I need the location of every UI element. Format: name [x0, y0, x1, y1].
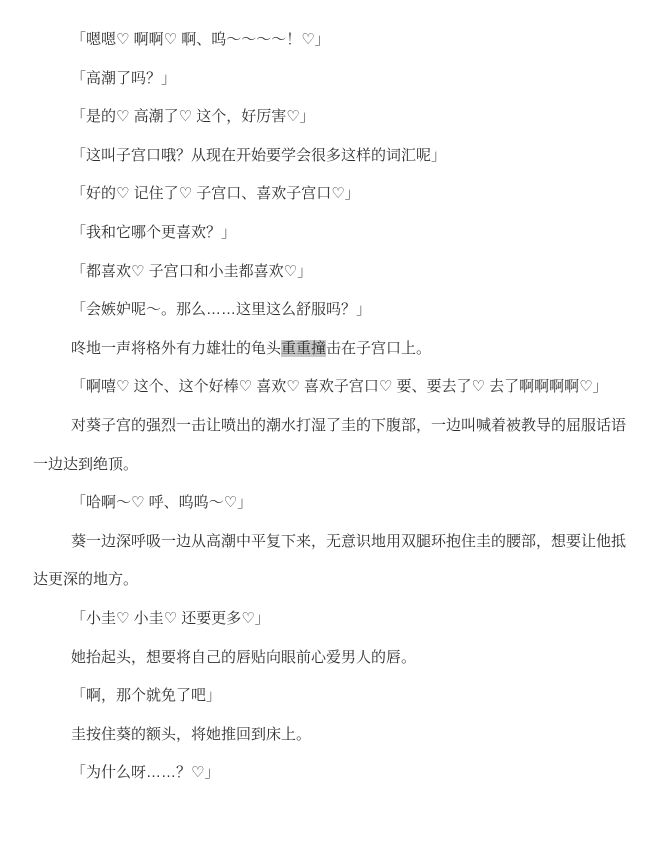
paragraph-18: 「为什么呀……？♡」	[33, 754, 635, 793]
paragraph-9: 咚地一声将格外有力雄壮的龟头重重撞击在子宫口上。	[33, 330, 635, 369]
paragraph-10: 「啊嘻♡ 这个、这个好棒♡ 喜欢♡ 喜欢子宫口♡ 要、要去了♡ 去了啊啊啊啊♡」	[33, 368, 635, 407]
reader-page: 「嗯嗯♡ 啊啊♡ 啊、呜～～～～！♡」「高潮了吗？」「是的♡ 高潮了♡ 这个，好…	[0, 0, 650, 850]
paragraph-13: 葵一边深呼吸一边从高潮中平复下来，无意识地用双腿环抱住圭的腰部，想要让他抵达更深…	[33, 523, 635, 600]
paragraph-11: 对葵子宫的强烈一击让喷出的潮水打湿了圭的下腹部，一边叫喊着被教导的屈服话语一边达…	[33, 407, 635, 484]
paragraph-15: 她抬起头，想要将自己的唇贴向眼前心爱男人的唇。	[33, 639, 635, 678]
paragraph-3: 「是的♡ 高潮了♡ 这个，好厉害♡」	[33, 98, 635, 137]
paragraph-5: 「好的♡ 记住了♡ 子宫口、喜欢子宫口♡」	[33, 175, 635, 214]
paragraph-14: 「小圭♡ 小圭♡ 还要更多♡」	[33, 600, 635, 639]
text-content: 「嗯嗯♡ 啊啊♡ 啊、呜～～～～！♡」「高潮了吗？」「是的♡ 高潮了♡ 这个，好…	[33, 21, 635, 793]
paragraph-text-before: 咚地一声将格外有力雄壮的龟头	[71, 340, 281, 357]
selection-highlight: 重重撞	[281, 340, 326, 357]
paragraph-16: 「啊，那个就免了吧」	[33, 677, 635, 716]
paragraph-4: 「这叫子宫口哦？从现在开始要学会很多这样的词汇呢」	[33, 137, 635, 176]
paragraph-1: 「嗯嗯♡ 啊啊♡ 啊、呜～～～～！♡」	[33, 21, 635, 60]
paragraph-17: 圭按住葵的额头，将她推回到床上。	[33, 716, 635, 755]
paragraph-text-after: 击在子宫口上。	[326, 340, 431, 357]
paragraph-7: 「都喜欢♡ 子宫口和小圭都喜欢♡」	[33, 253, 635, 292]
paragraph-6: 「我和它哪个更喜欢？」	[33, 214, 635, 253]
paragraph-2: 「高潮了吗？」	[33, 60, 635, 99]
paragraph-8: 「会嫉妒呢～。那么……这里这么舒服吗？」	[33, 291, 635, 330]
paragraph-12: 「哈啊～♡ 呼、呜呜～♡」	[33, 484, 635, 523]
